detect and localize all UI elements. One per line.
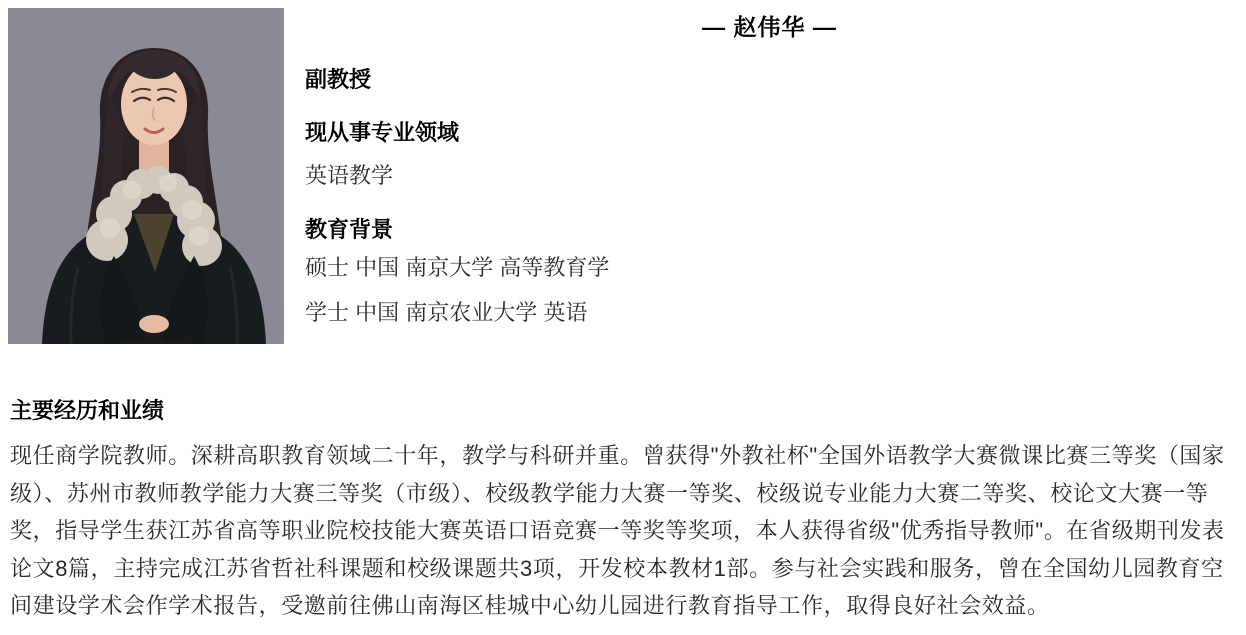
- page-title: — 赵伟华 —: [305, 13, 1234, 41]
- profile-info-column: — 赵伟华 — 副教授 现从事专业领域 英语教学 教育背景 硕士 中国 南京大学…: [305, 8, 1234, 344]
- experience-body: 现任商学院教师。深耕高职教育领域二十年，教学与科研并重。曾获得"外教社杯"全国外…: [10, 437, 1236, 625]
- education-item-master: 硕士 中国 南京大学 高等教育学: [305, 255, 1234, 281]
- field-heading: 现从事专业领域: [305, 120, 1234, 146]
- portrait-illustration: [8, 8, 284, 344]
- experience-section: 主要经历和业绩 现任商学院教师。深耕高职教育领域二十年，教学与科研并重。曾获得"…: [10, 398, 1236, 625]
- profile-top-section: — 赵伟华 — 副教授 现从事专业领域 英语教学 教育背景 硕士 中国 南京大学…: [0, 0, 1246, 344]
- professional-title: 副教授: [305, 67, 1234, 93]
- education-heading: 教育背景: [305, 217, 1234, 243]
- experience-heading: 主要经历和业绩: [10, 398, 1236, 424]
- education-item-bachelor: 学士 中国 南京农业大学 英语: [305, 300, 1234, 326]
- field-value: 英语教学: [305, 163, 1234, 189]
- teacher-portrait-photo: [8, 8, 284, 344]
